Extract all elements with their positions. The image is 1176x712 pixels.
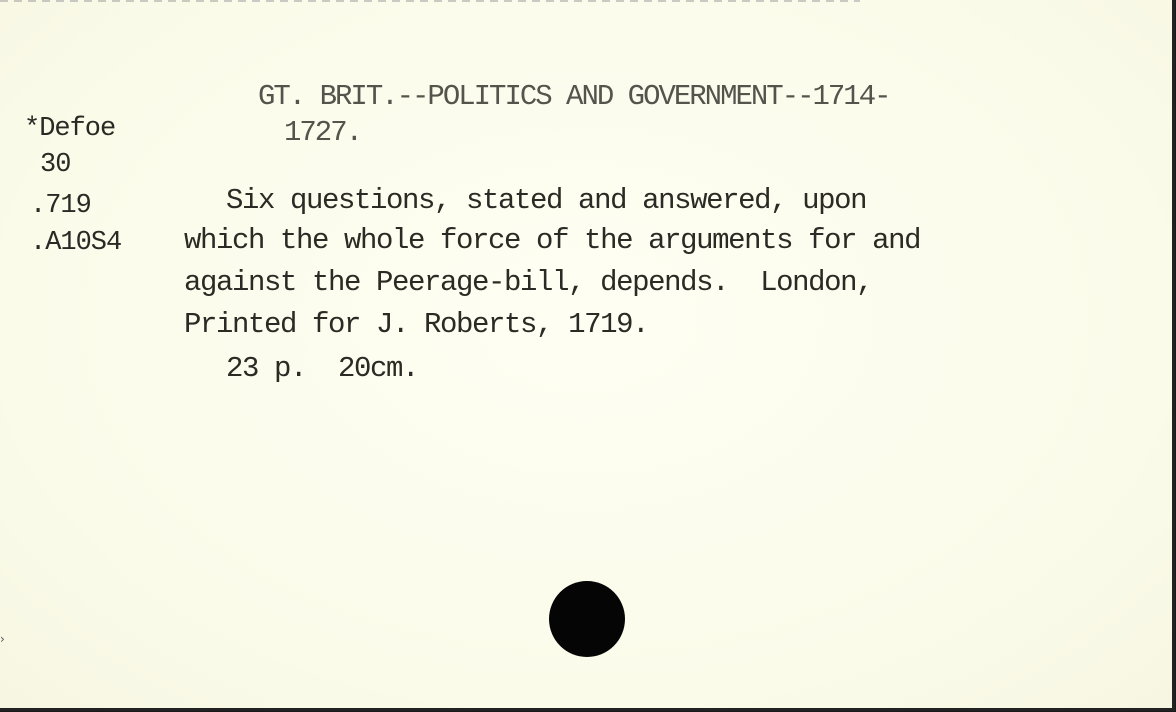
edge-mark-icon: › <box>0 632 5 646</box>
title-line-4: Printed for J. Roberts, 1719. <box>184 310 648 339</box>
title-line-3: against the Peerage-bill, depends. Londo… <box>184 268 872 297</box>
title-line-2: which the whole force of the arguments f… <box>184 226 920 255</box>
collation: 23 p. 20cm. <box>226 354 418 383</box>
punch-hole-icon <box>549 581 625 657</box>
call-number-line-1: *Defoe <box>24 116 115 143</box>
call-number-line-4: .A10S4 <box>30 230 121 257</box>
title-line-1: Six questions, stated and answered, upon <box>226 186 866 215</box>
subject-heading-line-1: GT. BRIT.--POLITICS AND GOVERNMENT--1714… <box>258 82 890 111</box>
card-top-edge <box>0 0 860 2</box>
call-number-line-2: 30 <box>40 152 70 179</box>
call-number-line-3: .719 <box>30 193 91 220</box>
subject-heading-line-2: 1727. <box>284 118 361 147</box>
catalog-card: *Defoe 30 .719 .A10S4 GT. BRIT.--POLITIC… <box>0 0 1175 711</box>
